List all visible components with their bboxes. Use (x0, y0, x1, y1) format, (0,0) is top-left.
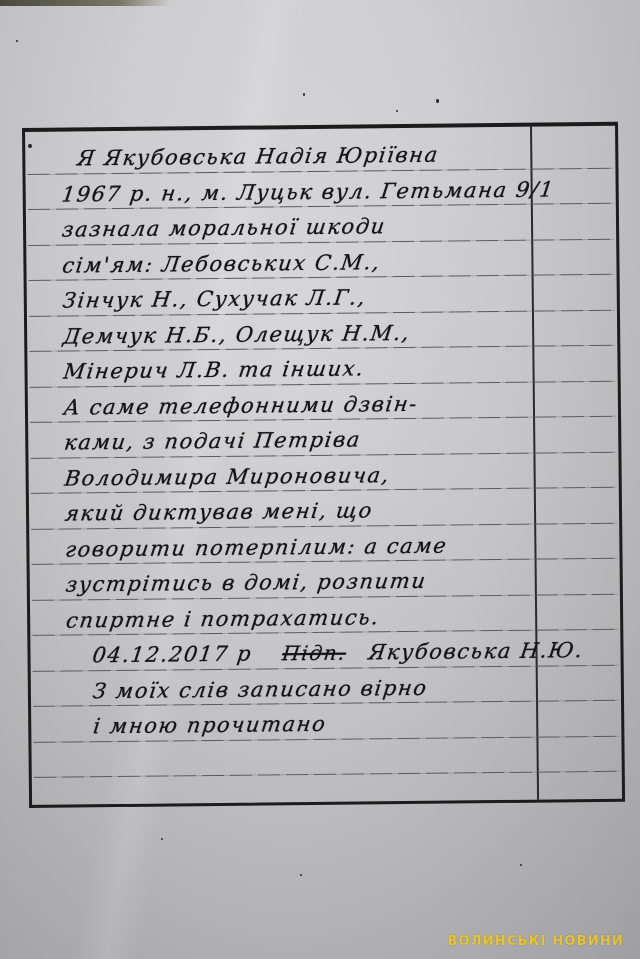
statement-line: сім'ям: Лебовських С.М., (60, 242, 625, 283)
publisher-watermark: ВОЛИНСЬКІ НОВИНИ (447, 934, 624, 949)
statement-date: 04.12.2017 р (91, 642, 254, 668)
photo-edge-shadow (0, 0, 170, 6)
statement-line: спиртне і потрахатись. (64, 597, 629, 638)
handwritten-text: Я Якубовська Надія Юріївна 1967 р. н., м… (61, 136, 627, 745)
ink-speck (520, 864, 522, 866)
statement-line: Демчук Н.Б., Олещук Н.М., (61, 313, 626, 354)
ink-speck (396, 110, 398, 112)
ruling-line (34, 771, 620, 778)
date-signature-line: 04.12.2017 р Підп. Якубовська Н.Ю. (64, 633, 629, 674)
statement-line: Я Якубовська Надія Юріївна (59, 136, 624, 177)
ink-speck (16, 40, 18, 42)
statement-line: який диктував мені, що (63, 491, 628, 532)
statement-line: Мінерич Л.В. та інших. (61, 349, 626, 390)
ruled-page-frame: Я Якубовська Надія Юріївна 1967 р. н., м… (22, 122, 625, 808)
statement-line: зазнала моральної шкоди (60, 207, 625, 248)
statement-line: ками, з подачі Петріва (62, 420, 627, 461)
statement-line: говорити потерпілим: а саме (63, 526, 628, 567)
statement-line: зустрітись в домі, розпити (63, 562, 628, 603)
statement-line: А саме телефонними дзвін- (62, 384, 627, 425)
attestation-line: З моїх слів записано вірно (65, 668, 630, 709)
signer-name: Якубовська Н.Ю. (367, 638, 585, 664)
statement-line: 1967 р. н., м. Луцьк вул. Гетьмана 9/1 (59, 171, 624, 212)
ink-speck (161, 838, 163, 840)
ink-speck (300, 874, 302, 876)
statement-line: Зінчук Н., Сухучак Л.Г., (61, 278, 626, 319)
ink-speck (436, 99, 439, 103)
ink-speck (303, 93, 305, 96)
statement-line: Володимира Мироновича, (62, 455, 627, 496)
attestation-line: і мною прочитано (65, 704, 630, 745)
signature-mark: Підп. (280, 636, 348, 672)
